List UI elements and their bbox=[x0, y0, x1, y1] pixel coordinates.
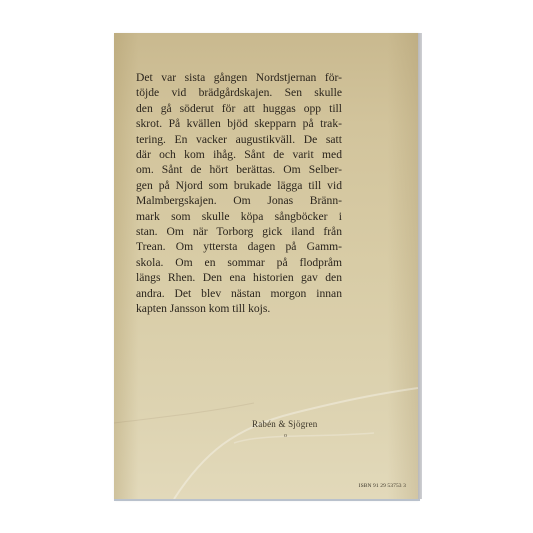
publisher-logo-icon: o bbox=[284, 433, 287, 439]
blurb-line: töjde vid brädgårdskajen. Sen skulle bbox=[136, 85, 342, 100]
blurb-line: tering. En vacker augustikväll. De satt bbox=[136, 132, 342, 147]
blurb-line: den gå söderut för att huggas opp till bbox=[136, 101, 342, 116]
blurb-line: skrot. På kvällen bjöd skepparn på trak- bbox=[136, 116, 342, 131]
blurb-line: Det var sista gången Nordstjernan för- bbox=[136, 70, 342, 85]
blurb-text: Det var sista gången Nordstjernan för- t… bbox=[136, 70, 342, 317]
blurb-line: kapten Jansson kom till kojs. bbox=[136, 301, 342, 316]
publisher-name: Rabén & Sjögren bbox=[252, 419, 318, 429]
blurb-line: längs Rhen. Den ena historien gav den bbox=[136, 270, 342, 285]
book-back-cover: Det var sista gången Nordstjernan för- t… bbox=[114, 33, 418, 499]
isbn-number: ISBN 91 29 53753 3 bbox=[359, 483, 406, 489]
cover-edge bbox=[418, 33, 422, 499]
blurb-line: stan. Om när Torborg gick iland från bbox=[136, 224, 342, 239]
blurb-line: gen på Njord som brukade lägga till vid bbox=[136, 178, 342, 193]
blurb-line: Trean. Om yttersta dagen på Gamm- bbox=[136, 239, 342, 254]
blurb-line: skola. Om en sommar på flodpråm bbox=[136, 255, 342, 270]
blurb-line: om. Sånt de hört berättas. Om Selber- bbox=[136, 162, 342, 177]
blurb-line: mark som skulle köpa sångböcker i bbox=[136, 209, 342, 224]
cover-crease bbox=[114, 333, 418, 499]
cover-bottom-edge bbox=[114, 499, 420, 501]
blurb-line: andra. Det blev nästan morgon innan bbox=[136, 286, 342, 301]
blurb-line: Malmbergskajen. Om Jonas Bränn- bbox=[136, 193, 342, 208]
blurb-line: där och kom ihåg. Sånt de varit med bbox=[136, 147, 342, 162]
